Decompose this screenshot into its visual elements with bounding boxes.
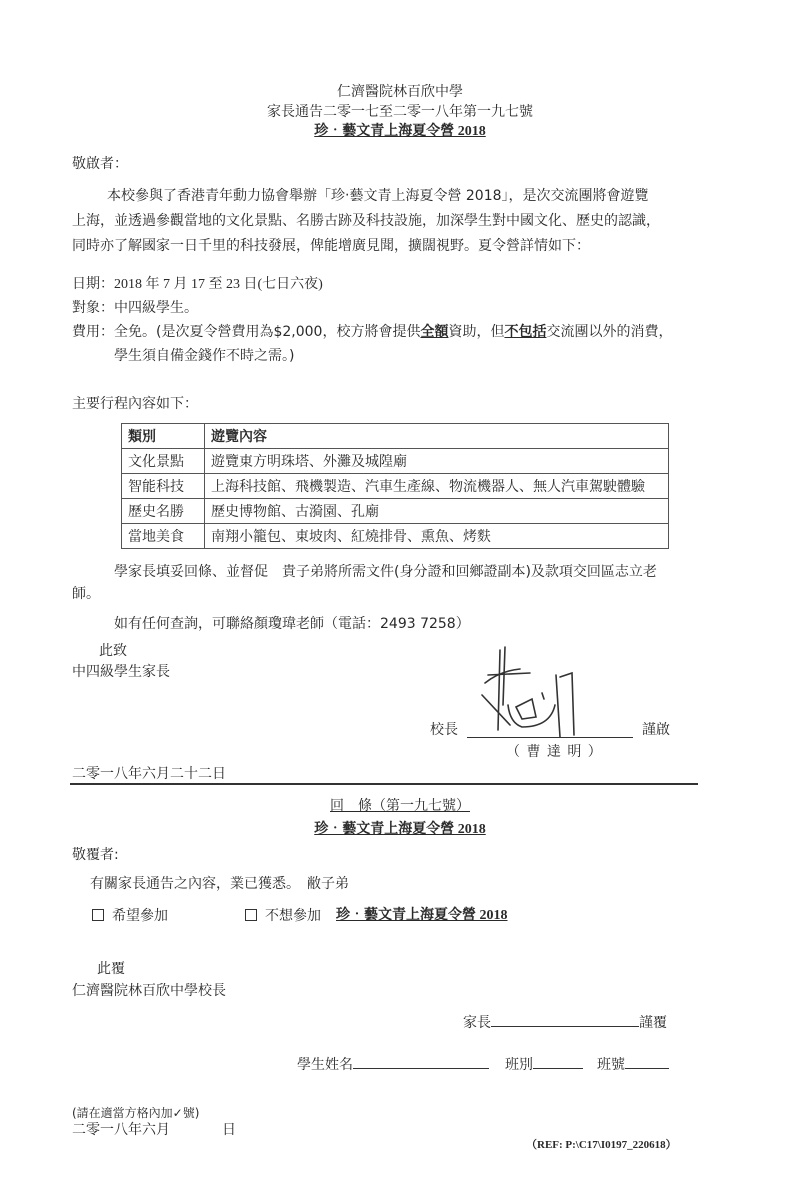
notice-title: 珍‧藝文青上海夏令營 2018	[0, 122, 800, 142]
instruction-line-2: 師。	[72, 584, 100, 604]
intro-line-1: 本校參與了香港青年動力協會舉辦「珍‧藝文青上海夏令營 2018」，是次交流團將會…	[107, 186, 649, 206]
table-row: 文化景點 遊覽東方明珠塔、外灘及城隍廟	[122, 449, 669, 474]
recipient: 中四級學生家長	[72, 662, 170, 682]
intro-line-2: 上海，並透過參觀當地的文化景點、名勝古跡及科技設施，加深學生對中國文化、歷史的認…	[72, 211, 660, 231]
school-name: 仁濟醫院林百欣中學	[0, 82, 800, 102]
row-content: 上海科技館、飛機製造、汽車生產線、物流機器人、無人汽車駕駛體驗	[205, 474, 669, 499]
fee-row: 費用：全免。(是次夏令營費用為$2,000，校方將會提供全額資助，但不包括交流團…	[72, 322, 672, 342]
reply-date-prefix: 二零一八年六月	[72, 1122, 170, 1138]
principal-label: 校長	[430, 720, 458, 740]
instruction-line-1: 學家長填妥回條、並督促 貴子弟將所需文件(身分證和回鄉證副本)及款項交回區志立老	[114, 562, 657, 582]
tick-note: (請在適當方格內加✓號)	[72, 1104, 199, 1121]
principal-closing: 謹啟	[642, 720, 670, 740]
principal-signature-icon	[480, 645, 610, 740]
reply-closing: 此覆	[97, 959, 125, 979]
student-info-row: 學生姓名班別班號	[297, 1055, 669, 1075]
fee-text-3: 交流團以外的消費，	[546, 324, 672, 340]
fee-text-1: 全免。(是次夏令營費用為$2,000，校方將會提供	[114, 324, 420, 340]
row-category: 文化景點	[122, 449, 205, 474]
itinerary-table: 類別 遊覽內容 文化景點 遊覽東方明珠塔、外灘及城隍廟 智能科技 上海科技館、飛…	[121, 423, 669, 549]
table-header-row: 類別 遊覽內容	[122, 424, 669, 449]
reference-code: （REF: P:\C17\I0197_220618）	[526, 1136, 677, 1152]
class-number-blank[interactable]	[625, 1068, 669, 1069]
class-blank[interactable]	[533, 1068, 583, 1069]
signature-line	[467, 737, 633, 738]
target-value: 中四級學生。	[114, 300, 198, 316]
date-row: 日期：2018 年 7 月 17 至 23 日(七日六夜)	[72, 274, 323, 295]
header-category: 類別	[122, 424, 205, 449]
target-label: 對象：	[72, 300, 114, 316]
table-row: 當地美食 南翔小籠包、東坡肉、紅燒排骨、熏魚、烤麩	[122, 524, 669, 549]
parent-signature-field[interactable]: 家長謹覆	[463, 1013, 667, 1033]
option-decline-label: 不想參加	[265, 908, 321, 924]
target-row: 對象：中四級學生。	[72, 298, 198, 318]
fee-line-2: 學生須自備金錢作不時之需。)	[114, 346, 294, 366]
parent-label: 家長	[463, 1015, 491, 1031]
itinerary-intro: 主要行程內容如下：	[72, 394, 198, 414]
principal-name: （ 曹 達 明 ）	[506, 742, 603, 762]
notice-number: 家長通告二零一七至二零一八年第一九七號	[0, 102, 800, 122]
class-label: 班別	[505, 1057, 533, 1073]
enquiry: 如有任何查詢，可聯絡顏瓊瑋老師（電話：2493 7258）	[114, 614, 470, 634]
salutation: 敬啟者：	[72, 154, 128, 174]
option-join-label: 希望參加	[112, 908, 168, 924]
reply-acknowledge: 有關家長通告之內容，業已獲悉。 敝子弟	[90, 874, 349, 894]
closing: 此致	[99, 641, 127, 661]
reply-recipient: 仁濟醫院林百欣中學校長	[72, 981, 226, 1001]
parent-signature-blank[interactable]	[491, 1026, 639, 1027]
notice-date: 二零一八年六月二十二日	[72, 764, 226, 784]
reply-date-suffix: 日	[222, 1122, 236, 1138]
date-value: 2018 年 7 月 17 至 23 日(七日六夜)	[114, 277, 323, 292]
date-label: 日期：	[72, 276, 114, 292]
row-content: 歷史博物館、古漪園、孔廟	[205, 499, 669, 524]
row-content: 南翔小籠包、東坡肉、紅燒排骨、熏魚、烤麩	[205, 524, 669, 549]
option-join[interactable]: 希望參加	[92, 906, 168, 926]
row-category: 當地美食	[122, 524, 205, 549]
option-event-name: 珍‧藝文青上海夏令營 2018	[336, 906, 508, 926]
reply-date: 二零一八年六月日	[72, 1120, 236, 1140]
reply-slip-subtitle: 珍‧藝文青上海夏令營 2018	[0, 820, 800, 840]
fee-label: 費用：	[72, 324, 114, 340]
fee-text-2: 資助，但	[448, 324, 504, 340]
join-checkbox[interactable]	[92, 909, 104, 921]
reply-salutation: 敬覆者:	[72, 845, 119, 865]
row-content: 遊覽東方明珠塔、外灘及城隍廟	[205, 449, 669, 474]
fee-full-emphasis: 全額	[420, 324, 448, 340]
parent-closing: 謹覆	[639, 1015, 667, 1031]
table-row: 歷史名勝 歷史博物館、古漪園、孔廟	[122, 499, 669, 524]
fee-exclude-emphasis: 不包括	[504, 324, 546, 340]
header-content: 遊覽內容	[205, 424, 669, 449]
reply-slip-title: 回 條（第一九七號）	[0, 796, 800, 816]
row-category: 歷史名勝	[122, 499, 205, 524]
row-category: 智能科技	[122, 474, 205, 499]
class-number-label: 班號	[597, 1057, 625, 1073]
option-decline[interactable]: 不想參加	[245, 906, 321, 926]
decline-checkbox[interactable]	[245, 909, 257, 921]
intro-line-3: 同時亦了解國家一日千里的科技發展，俾能增廣見聞，擴闊視野。夏令營詳情如下：	[72, 236, 590, 256]
student-name-blank[interactable]	[353, 1068, 489, 1069]
table-row: 智能科技 上海科技館、飛機製造、汽車生產線、物流機器人、無人汽車駕駛體驗	[122, 474, 669, 499]
cut-line	[70, 783, 698, 785]
student-name-label: 學生姓名	[297, 1057, 353, 1073]
